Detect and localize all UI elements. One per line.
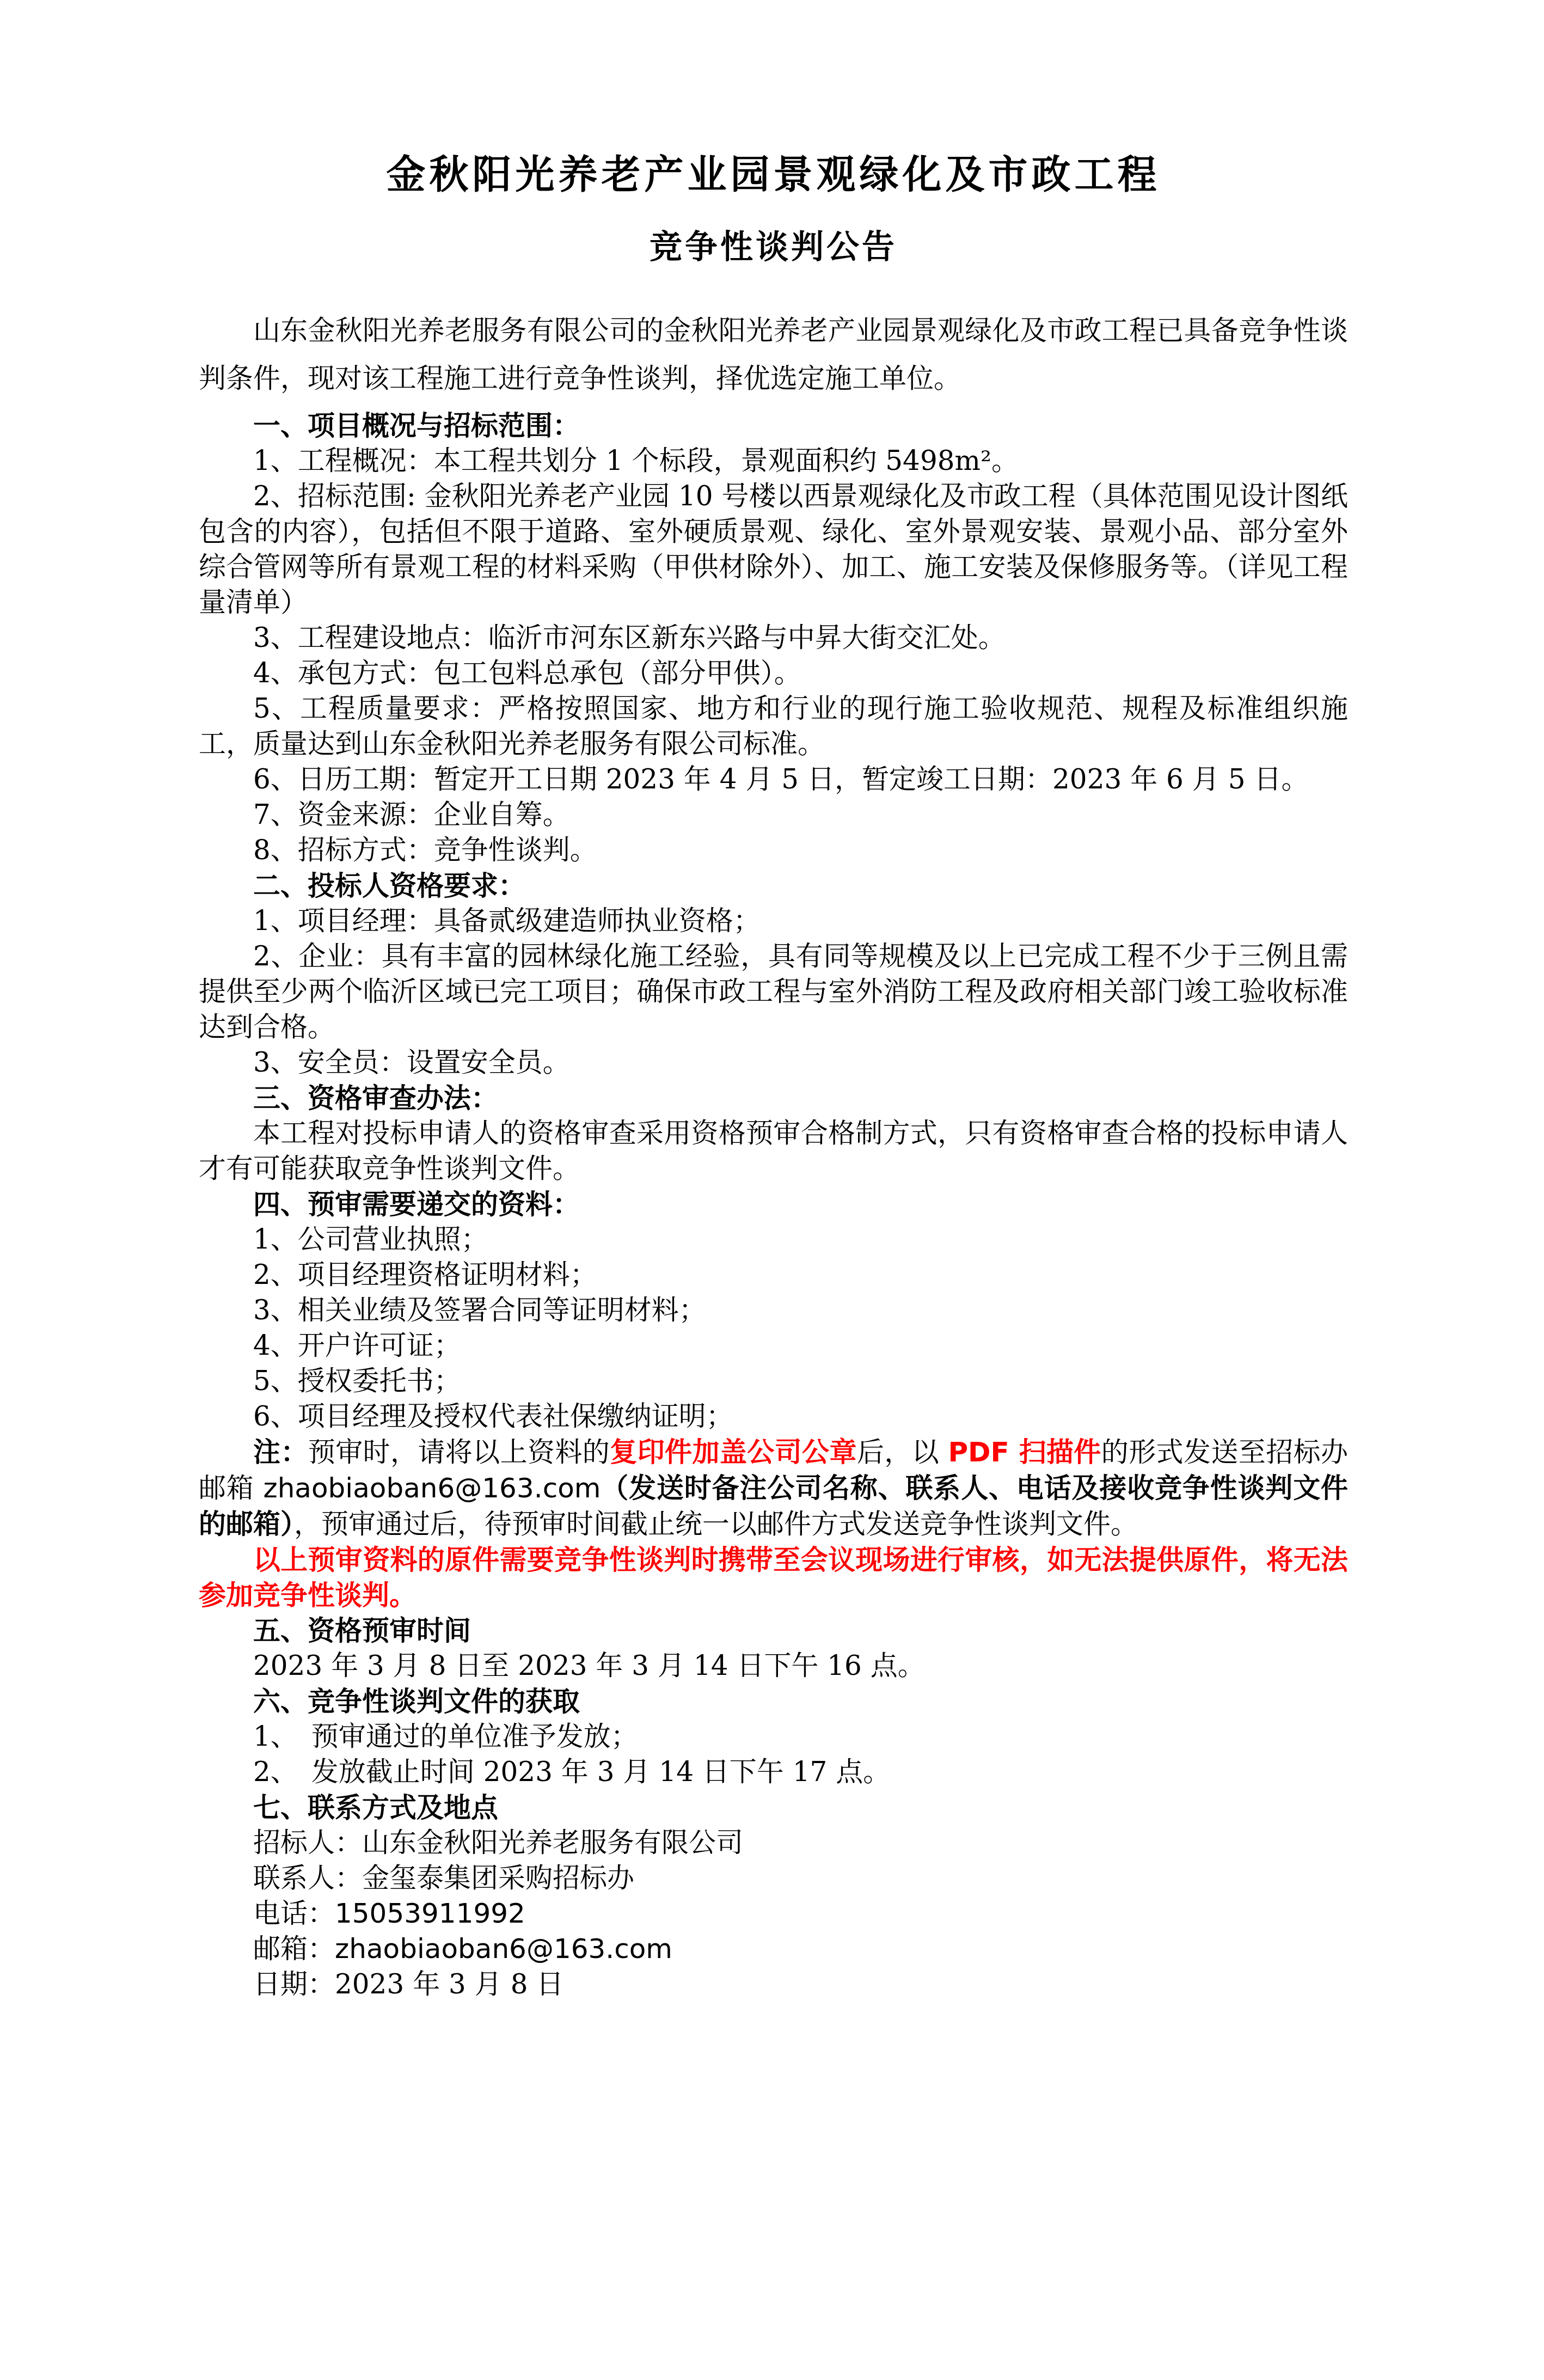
note-text: 后，以 [857, 1436, 948, 1468]
note-paragraph: 注：预审时，请将以上资料的复印件加盖公司公章后，以 PDF 扫描件的形式发送至招… [199, 1434, 1348, 1542]
tender-announcement-page: 金秋阳光养老产业园景观绿化及市政工程 竞争性谈判公告 山东金秋阳光养老服务有限公… [0, 0, 1544, 2002]
contact-row-phone: 电话：15053911992 [199, 1896, 1348, 1931]
contact-row-email: 邮箱：zhaobiaoban6@163.com [199, 1931, 1348, 1967]
contact-label: 电话： [253, 1898, 335, 1929]
list-item: 2、招标范围: 金秋阳光养老产业园 10 号楼以西景观绿化及市政工程（具体范围见… [199, 479, 1348, 620]
contact-value: 2023 年 3 月 8 日 [335, 1968, 563, 2000]
note-label: 注： [253, 1436, 308, 1468]
list-item: 3、工程建设地点：临沂市河东区新东兴路与中昇大街交汇处。 [199, 620, 1348, 656]
contact-label: 邮箱： [253, 1933, 335, 1965]
document-title: 金秋阳光养老产业园景观绿化及市政工程 [199, 152, 1348, 195]
contact-label: 日期： [253, 1968, 335, 2000]
section-3-heading: 三、资格审查办法： [199, 1080, 1348, 1116]
section-5-heading: 五、资格预审时间 [199, 1613, 1348, 1648]
list-item: 4、承包方式：包工包料总承包（部分甲供）。 [199, 656, 1348, 691]
email-text: zhaobiaoban6@163.com [335, 1933, 672, 1965]
section-1-heading: 一、项目概况与招标范围： [199, 408, 1348, 443]
section-2-heading: 二、投标人资格要求： [199, 868, 1348, 903]
list-item: 1、工程概况：本工程共划分 1 个标段，景观面积约 5498m²。 [199, 443, 1348, 479]
list-item: 6、项目经理及授权代表社保缴纳证明； [199, 1399, 1348, 1434]
list-item: 5、工程质量要求：严格按照国家、地方和行业的现行施工验收规范、规程及标准组织施工… [199, 691, 1348, 762]
contact-row-tenderee: 招标人：山东金秋阳光养老服务有限公司 [199, 1825, 1348, 1861]
list-item: 1、项目经理：具备贰级建造师执业资格； [199, 903, 1348, 939]
list-item: 2、企业：具有丰富的园林绿化施工经验，具有同等规模及以上已完成工程不少于三例且需… [199, 939, 1348, 1045]
contact-label: 联系人： [253, 1862, 362, 1894]
list-item: 2、 发放截止时间 2023 年 3 月 14 日下午 17 点。 [199, 1754, 1348, 1790]
list-item: 3、安全员：设置安全员。 [199, 1045, 1348, 1080]
contact-row-date: 日期：2023 年 3 月 8 日 [199, 1967, 1348, 2002]
section-3-body: 本工程对投标申请人的资格审查采用资格预审合格制方式，只有资格审查合格的投标申请人… [199, 1116, 1348, 1186]
contact-label: 招标人： [253, 1827, 362, 1858]
list-item: 1、公司营业执照； [199, 1222, 1348, 1257]
phone-text: 15053911992 [335, 1898, 525, 1929]
document-subtitle: 竞争性谈判公告 [199, 229, 1348, 265]
email-text: zhaobiaoban6@163.com [263, 1472, 601, 1504]
note-highlight-pdf-scan: PDF 扫描件 [948, 1436, 1101, 1468]
note-text: 预审时，请将以上资料的 [308, 1436, 610, 1468]
warning-paragraph: 以上预审资料的原件需要竞争性谈判时携带至会议现场进行审核，如无法提供原件，将无法… [199, 1542, 1348, 1613]
note-highlight-copy-seal: 复印件加盖公司公章 [610, 1436, 857, 1468]
list-item: 7、资金来源：企业自筹。 [199, 797, 1348, 833]
contact-row-contact-person: 联系人：金玺泰集团采购招标办 [199, 1861, 1348, 1896]
list-item: 5、授权委托书； [199, 1363, 1348, 1399]
list-item: 1、 预审通过的单位准予发放； [199, 1719, 1348, 1754]
intro-paragraph: 山东金秋阳光养老服务有限公司的金秋阳光养老产业园景观绿化及市政工程已具备竞争性谈… [199, 307, 1348, 402]
list-item: 4、开户许可证； [199, 1328, 1348, 1363]
note-text: ，预审通过后，待预审时间截止统一以邮件方式发送竞争性谈判文件。 [294, 1508, 1138, 1540]
section-4-heading: 四、预审需要递交的资料： [199, 1186, 1348, 1222]
contact-value: 金玺泰集团采购招标办 [362, 1862, 634, 1894]
list-item: 2、项目经理资格证明材料； [199, 1257, 1348, 1293]
section-7-heading: 七、联系方式及地点 [199, 1790, 1348, 1825]
list-item: 6、日历工期：暂定开工日期 2023 年 4 月 5 日，暂定竣工日期：2023… [199, 762, 1348, 797]
list-item: 8、招标方式：竞争性谈判。 [199, 833, 1348, 868]
list-item: 3、相关业绩及签署合同等证明材料； [199, 1293, 1348, 1328]
section-6-heading: 六、竞争性谈判文件的获取 [199, 1684, 1348, 1719]
section-5-body: 2023 年 3 月 8 日至 2023 年 3 月 14 日下午 16 点。 [199, 1648, 1348, 1684]
contact-value: 山东金秋阳光养老服务有限公司 [362, 1827, 743, 1858]
